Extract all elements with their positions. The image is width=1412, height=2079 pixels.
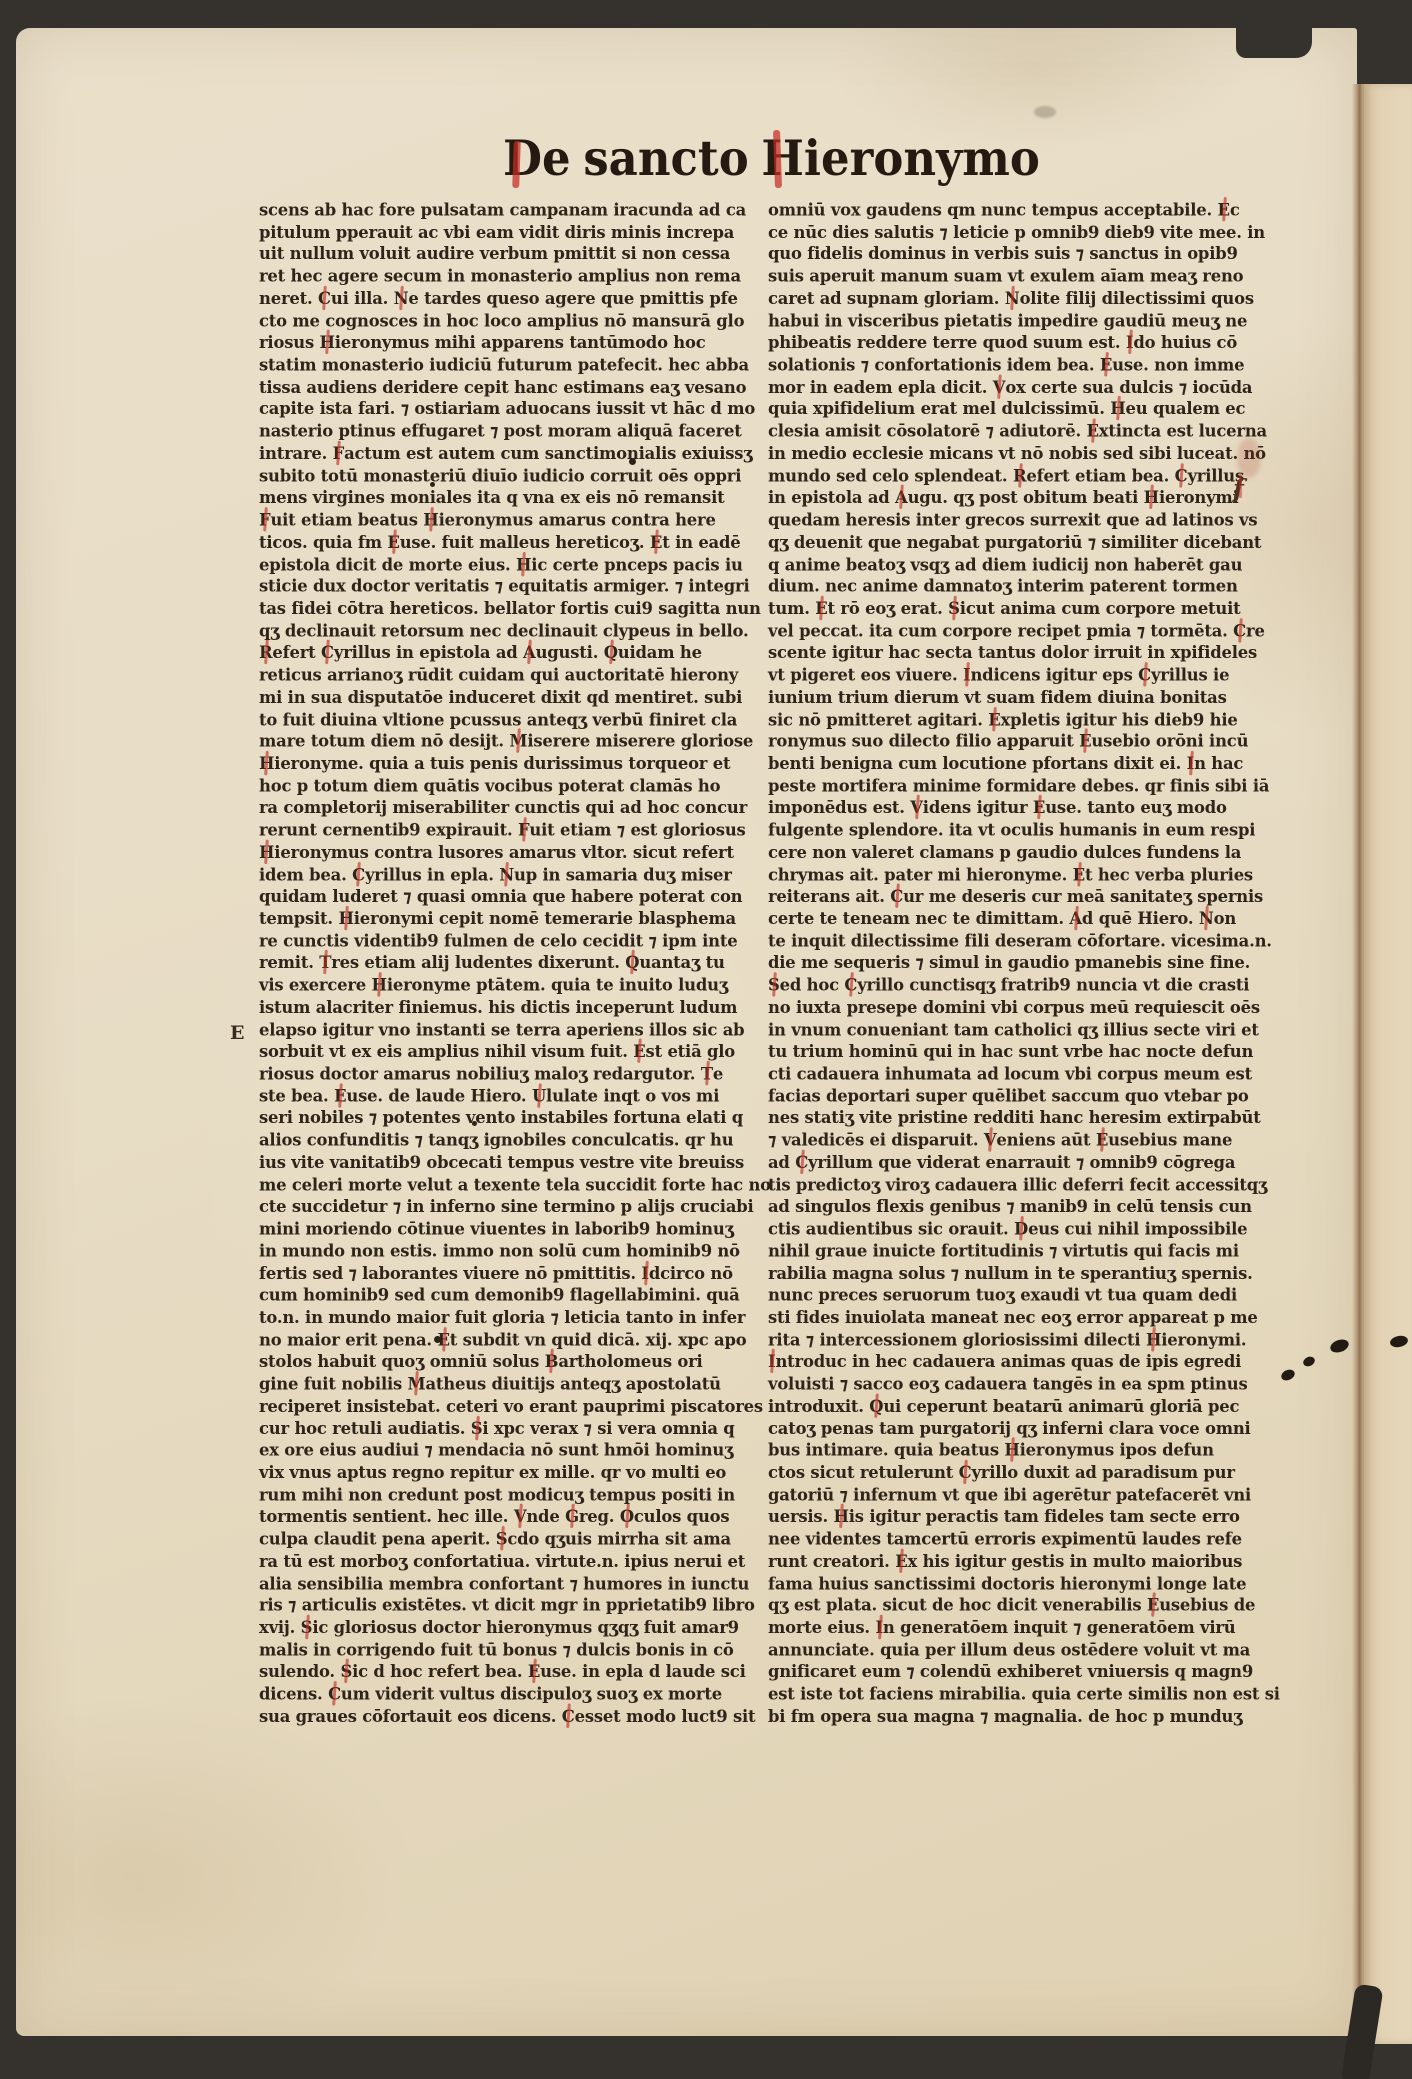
- text-line: statim monasterio iudiciū futurum patefe…: [259, 354, 724, 376]
- text-line: fertis sed ⁊ laborantes viuere nō pmitti…: [259, 1262, 724, 1284]
- text-line: alia sensibilia membra confortant ⁊ humo…: [259, 1572, 724, 1594]
- text-line: quia xpifidelium erat mel dulcissimū. He…: [768, 398, 1233, 420]
- text-line: Sed hoc Cyrillo cunctisqʒ fratrib9 nunci…: [768, 974, 1233, 996]
- text-line: suis aperuit manum suam vt exulem aīam m…: [768, 265, 1233, 287]
- text-line: ad Cyrillum que viderat enarrauit ⁊ omni…: [768, 1152, 1233, 1174]
- text-line: sulendo. Sic d hoc refert bea. Euse. in …: [259, 1661, 724, 1683]
- text-line: ris ⁊ articulis existētes. vt dicit mgr …: [259, 1595, 724, 1617]
- text-line: mi in sua disputatōe induceret dixit qd …: [259, 686, 724, 708]
- text-line: xvij. Sic gloriosus doctor hieronymus qʒ…: [259, 1617, 724, 1639]
- text-line: dium. nec anime damnatoʒ interim pateren…: [768, 576, 1233, 598]
- text-line: omniū vox gaudens qm nunc tempus accepta…: [768, 199, 1233, 221]
- text-line: ctos sicut retulerunt Cyrillo duxit ad p…: [768, 1462, 1233, 1484]
- text-line: morte eius. In generatōem inquit ⁊ gener…: [768, 1617, 1233, 1639]
- book-photograph: { "page": { "header": { "title": "De san…: [0, 0, 1412, 2079]
- text-line: nasterio ptinus effugaret ⁊ post moram a…: [259, 421, 724, 443]
- ink-speck: [472, 1121, 477, 1126]
- text-line: mor in eadem epla dicit. Vox certe sua d…: [768, 376, 1233, 398]
- text-line: in medio ecclesie micans vt nō nobis sed…: [768, 443, 1233, 465]
- text-line: voluisti ⁊ sacco eoʒ cadauera tangēs in …: [768, 1373, 1233, 1395]
- text-line: certe te teneam nec te dimittam. Ad quē …: [768, 908, 1233, 930]
- text-line: alios confunditis ⁊ tanqʒ ignobiles conc…: [259, 1129, 724, 1151]
- text-line: seri nobiles ⁊ potentes vento instabiles…: [259, 1107, 724, 1129]
- text-line: quedam heresis inter grecos surrexit que…: [768, 509, 1233, 531]
- text-line: ra tū est morboʒ confortatiua. virtute.n…: [259, 1550, 724, 1572]
- text-line: stolos habuit quoʒ omniū solus Bartholom…: [259, 1351, 724, 1373]
- text-line: scente igitur hac secta tantus dolor irr…: [768, 642, 1233, 664]
- text-line: reticus arrianoʒ rūdit cuidam qui auctor…: [259, 664, 724, 686]
- text-line: facias deportari super quēlibet saccum q…: [768, 1085, 1233, 1107]
- text-line: cti cadauera inhumata ad locum vbi corpu…: [768, 1063, 1233, 1085]
- text-line: no iuxta presepe domini vbi corpus meū r…: [768, 997, 1233, 1019]
- text-line: reciperet insistebat. ceteri vo erant pa…: [259, 1395, 724, 1417]
- text-line: Hieronymus contra lusores amarus vltor. …: [259, 841, 724, 863]
- text-line: rerunt cernentib9 expirauit. Fuit etiam …: [259, 819, 724, 841]
- text-line: gatoriū ⁊ infernum vt que ibi agerētur p…: [768, 1484, 1233, 1506]
- text-line: sua graues cōfortauit eos dicens. Cesset…: [259, 1705, 724, 1727]
- text-line: ste bea. Euse. de laude Hiero. Ululate i…: [259, 1085, 724, 1107]
- text-line: q anime beatoʒ vsqʒ ad diem iudicij non …: [768, 553, 1233, 575]
- text-line: riosus Hieronymus mihi apparens tantūmod…: [259, 332, 724, 354]
- text-line: culpa claudit pena aperit. Scdo qʒuis mi…: [259, 1528, 724, 1550]
- text-line: mens virgines moniales ita q vna ex eis …: [259, 487, 724, 509]
- text-line: sorbuit vt ex eis amplius nihil visum fu…: [259, 1041, 724, 1063]
- text-line: caret ad supnam gloriam. Nolite filij di…: [768, 288, 1233, 310]
- text-line: ius vite vanitatib9 obcecati tempus vest…: [259, 1152, 724, 1174]
- text-line: ra completorij miserabiliter cunctis qui…: [259, 797, 724, 819]
- text-line: imponēdus est. Videns igitur Euse. tanto…: [768, 797, 1233, 819]
- text-line: to.n. in mundo maior fuit gloria ⁊ letic…: [259, 1307, 724, 1329]
- text-line: vix vnus aptus regno repitur ex mille. q…: [259, 1462, 724, 1484]
- text-line: Introduc in hec cadauera animas quas de …: [768, 1351, 1233, 1373]
- text-line: quo fidelis dominus in verbis suis ⁊ san…: [768, 243, 1233, 265]
- text-line: Hieronyme. quia a tuis penis durissimus …: [259, 753, 724, 775]
- text-line: iunium trium dierum vt suam fidem diuina…: [768, 686, 1233, 708]
- text-line: sic nō pmitteret agitari. Expletis igitu…: [768, 709, 1233, 731]
- text-line: fama huius sanctissimi doctoris hieronym…: [768, 1572, 1233, 1594]
- text-line: ctis audientibus sic orauit. Deus cui ni…: [768, 1218, 1233, 1240]
- ink-bleed-mark: [1034, 106, 1056, 118]
- text-line: malis in corrigendo fuit tū bonus ⁊ dulc…: [259, 1639, 724, 1661]
- marginal-letter: f: [1233, 474, 1244, 503]
- text-line: nunc preces seruorum tuoʒ exaudi vt tua …: [768, 1285, 1233, 1307]
- text-line: intrare. Factum est autem cum sanctimoni…: [259, 443, 724, 465]
- text-line: ticos. quia fm Euse. fuit malleus hereti…: [259, 531, 724, 553]
- text-line: solationis ⁊ confortationis idem bea. Eu…: [768, 354, 1233, 376]
- text-line: chrymas ait. pater mi hieronyme. Et hec …: [768, 864, 1233, 886]
- text-line: pitulum pperauit ac vbi eam vidit diris …: [259, 221, 724, 243]
- text-line: cere non valeret clamans p gaudio dulces…: [768, 841, 1233, 863]
- text-line: capite ista fari. ⁊ ostiariam aduocans i…: [259, 398, 724, 420]
- text-line: fulgente splendore. ita vt oculis humani…: [768, 819, 1233, 841]
- text-line: qʒ est plata. sicut de hoc dicit venerab…: [768, 1595, 1233, 1617]
- text-line: mundo sed celo splendeat. Refert etiam b…: [768, 465, 1233, 487]
- text-line: uersis. His igitur peractis tam fideles …: [768, 1506, 1233, 1528]
- text-line: tum. Et rō eoʒ erat. Sicut anima cum cor…: [768, 598, 1233, 620]
- text-line: introduxit. Qui ceperunt beatarū animarū…: [768, 1395, 1233, 1417]
- text-line: sti fides inuiolata maneat nec eoʒ error…: [768, 1307, 1233, 1329]
- text-line: nes statiʒ vite pristine redditi hanc he…: [768, 1107, 1233, 1129]
- marginal-letter: E: [230, 1022, 244, 1044]
- text-line: ret hec agere secum in monasterio ampliu…: [259, 265, 724, 287]
- text-line: cur hoc retuli audiatis. Si xpc verax ⁊ …: [259, 1417, 724, 1439]
- text-line: quidam luderet ⁊ quasi omnia que habere …: [259, 886, 724, 908]
- ink-speck: [430, 482, 435, 487]
- text-line: tempsit. Hieronymi cepit nomē temerarie …: [259, 908, 724, 930]
- text-line: riosus doctor amarus nobiliuʒ maloʒ reda…: [259, 1063, 724, 1085]
- text-line: in vnum conueniant tam catholici qʒ illi…: [768, 1019, 1233, 1041]
- text-line: bus intimare. quia beatus Hieronymus ipo…: [768, 1440, 1233, 1462]
- text-line: benti benigna cum locutione pfortans dix…: [768, 753, 1233, 775]
- text-line: neret. Cui illa. Ne tardes queso agere q…: [259, 288, 724, 310]
- text-line: catoʒ penas tam purgatorij qʒ inferni cl…: [768, 1417, 1233, 1439]
- text-line: reiterans ait. Cur me deseris cur meā sa…: [768, 886, 1233, 908]
- text-line: nee videntes tamcertū erroris expimentū …: [768, 1528, 1233, 1550]
- text-line: habui in visceribus pietatis impedire ga…: [768, 310, 1233, 332]
- text-line: ce nūc dies salutis ⁊ leticie p omnib9 d…: [768, 221, 1233, 243]
- ink-speck: [434, 1336, 441, 1343]
- text-column-left: scens ab hac fore pulsatam campanam irac…: [259, 199, 724, 1728]
- text-line: epistola dicit de morte eius. Hic certe …: [259, 553, 724, 575]
- text-line: cte succidetur ⁊ in inferno sine termino…: [259, 1196, 724, 1218]
- text-line: in mundo non estis. immo non solū cum ho…: [259, 1240, 724, 1262]
- text-line: bi fm opera sua magna ⁊ magnalia. de hoc…: [768, 1705, 1233, 1727]
- text-line: no maior erit pena. Et subdit vn quid di…: [259, 1329, 724, 1351]
- text-line: mini moriendo cōtinue viuentes in labori…: [259, 1218, 724, 1240]
- text-line: istum alacriter finiemus. his dictis inc…: [259, 997, 724, 1019]
- text-line: subito totū monasteriū diuīo iudicio cor…: [259, 465, 724, 487]
- text-line: uit nullum voluit audire verbum pmittit …: [259, 243, 724, 265]
- text-line: annunciate. quia per illum deus ostēdere…: [768, 1639, 1233, 1661]
- text-line: rita ⁊ intercessionem gloriosissimi dile…: [768, 1329, 1233, 1351]
- text-line: idem bea. Cyrillus in epla. Nup in samar…: [259, 864, 724, 886]
- text-line: elapso igitur vno instanti se terra aper…: [259, 1019, 724, 1041]
- text-line: est iste tot faciens mirabilia. quia cer…: [768, 1683, 1233, 1705]
- text-line: ronymus suo dilecto filio apparuit Euseb…: [768, 731, 1233, 753]
- text-line: gnificaret eum ⁊ colendū exhiberet vniue…: [768, 1661, 1233, 1683]
- text-line: gine fuit nobilis Matheus diuitijs anteq…: [259, 1373, 724, 1395]
- text-line: vt pigeret eos viuere. Indicens igitur e…: [768, 664, 1233, 686]
- text-line: tas fidei cōtra hereticos. bellator fort…: [259, 598, 724, 620]
- text-line: clesia amisit cōsolatorē ⁊ adiutorē. Ext…: [768, 421, 1233, 443]
- text-line: peste mortifera minime formidare debes. …: [768, 775, 1233, 797]
- text-column-right: omniū vox gaudens qm nunc tempus accepta…: [768, 199, 1233, 1728]
- ink-speck: [629, 458, 636, 465]
- page-title: De sancto Hieronymo: [503, 130, 983, 187]
- text-line: ad singulos flexis genibus ⁊ manib9 in c…: [768, 1196, 1233, 1218]
- text-line: sticie dux doctor veritatis ⁊ equitatis …: [259, 576, 724, 598]
- text-line: vel peccat. ita cum corpore recipet pmia…: [768, 620, 1233, 642]
- text-line: te inquit dilectissime fili deseram cōfo…: [768, 930, 1233, 952]
- next-page-edge: [1364, 84, 1412, 2044]
- text-line: qʒ deuenit que negabat purgatoriū ⁊ simi…: [768, 531, 1233, 553]
- text-line: to fuit diuina vltione pcussus anteqʒ ve…: [259, 709, 724, 731]
- text-line: tis predictoʒ viroʒ cadauera illic defer…: [768, 1174, 1233, 1196]
- text-line: hoc p totum diem quātis vocibus poterat …: [259, 775, 724, 797]
- text-line: die me sequeris ⁊ simul in gaudio pmaneb…: [768, 952, 1233, 974]
- text-line: cto me cognosces in hoc loco amplius nō …: [259, 310, 724, 332]
- text-line: scens ab hac fore pulsatam campanam irac…: [259, 199, 724, 221]
- text-line: mare totum diem nō desijt. Miserere mise…: [259, 731, 724, 753]
- text-line: cum hominib9 sed cum demonib9 flagellabi…: [259, 1285, 724, 1307]
- text-line: ⁊ valedicēs ei disparuit. Veniens aūt Eu…: [768, 1129, 1233, 1151]
- text-line: phibeatis reddere terre quod suum est. I…: [768, 332, 1233, 354]
- text-line: remit. Tres etiam alij ludentes dixerunt…: [259, 952, 724, 974]
- red-smudge: [1237, 438, 1261, 478]
- text-line: tissa audiens deridere cepit hanc estima…: [259, 376, 724, 398]
- text-line: rabilia magna solus ⁊ nullum in te spera…: [768, 1262, 1233, 1284]
- text-line: dicens. Cum viderit vultus discipuloʒ su…: [259, 1683, 724, 1705]
- text-line: re cunctis videntib9 fulmen de celo ceci…: [259, 930, 724, 952]
- text-line: in epistola ad Augu. qʒ post obitum beat…: [768, 487, 1233, 509]
- text-line: rum mihi non credunt post modicuʒ tempus…: [259, 1484, 724, 1506]
- background-shadow-top: [1236, 26, 1312, 58]
- text-line: nihil graue inuicte fortitudinis ⁊ virtu…: [768, 1240, 1233, 1262]
- text-line: me celeri morte velut a texente tela suc…: [259, 1174, 724, 1196]
- text-line: Fuit etiam beatus Hieronymus amarus cont…: [259, 509, 724, 531]
- text-line: runt creatori. Ex his igitur gestis in m…: [768, 1550, 1233, 1572]
- text-line: ex ore eius audiui ⁊ mendacia nō sunt hm…: [259, 1440, 724, 1462]
- text-line: tu trium hominū qui in hac sunt vrbe hac…: [768, 1041, 1233, 1063]
- text-line: Refert Cyrillus in epistola ad Augusti. …: [259, 642, 724, 664]
- text-line: tormentis sentient. hec ille. Vnde Greg.…: [259, 1506, 724, 1528]
- text-line: vis exercere Hieronyme ptātem. quia te i…: [259, 974, 724, 996]
